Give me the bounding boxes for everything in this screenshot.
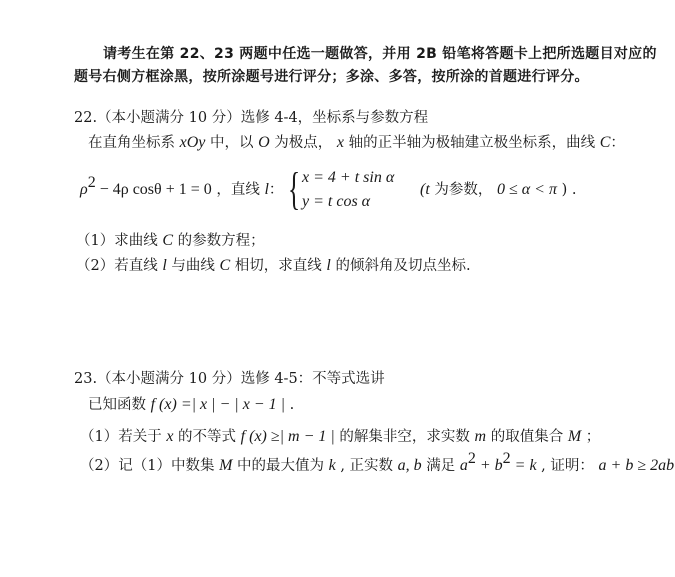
math-exponent: 2 — [88, 174, 96, 191]
text: （1）求曲线 — [76, 233, 162, 249]
instructions-line-2: 题号右侧方框涂黑，按所涂题号进行评分；多涂、多答，按所涂的首题进行评分。 — [74, 67, 589, 87]
text: ，直线 — [212, 182, 265, 198]
text: 中，以 — [205, 135, 258, 151]
math-O: O — [258, 134, 270, 151]
text: 已知函数 — [88, 397, 151, 413]
math-equals-k: = k — [511, 457, 537, 474]
math-m: m — [475, 428, 487, 445]
text: ) . — [557, 182, 576, 198]
math-M: M — [568, 428, 581, 445]
text: . — [285, 397, 294, 413]
math-C: C — [220, 257, 231, 274]
math-t: (t — [420, 181, 430, 198]
param-note: (t 为参数， 0 ≤ α < π ) . — [420, 180, 576, 200]
text: （2）记（1）中数集 — [80, 458, 219, 474]
text: 的不等式 — [173, 429, 240, 445]
q22-part-1: （1）求曲线 C 的参数方程； — [76, 231, 265, 251]
math-xoy: xOy — [180, 134, 206, 151]
text: 轴的正半轴为极轴建立极坐标系，曲线 — [344, 135, 600, 151]
param-row-1: x = 4 + t sin α — [302, 168, 394, 188]
text: , 证明： — [537, 458, 599, 474]
math-a: a — [460, 457, 468, 474]
math-exponent: 2 — [468, 450, 476, 467]
math-function: f (x) =| x | − | x − 1 | — [151, 396, 285, 413]
q22-stem: 在直角坐标系 xOy 中，以 O 为极点， x 轴的正半轴为极轴建立极坐标系，曲… — [88, 133, 625, 153]
q23-part-2: （2）记（1）中数集 M 中的最大值为 k , 正实数 a, b 满足 a2 +… — [80, 456, 675, 476]
text: （2）若直线 — [76, 258, 162, 274]
math-k: k — [329, 457, 336, 474]
q22-part-2: （2）若直线 l 与曲线 C 相切，求直线 l 的倾斜角及切点坐标. — [76, 256, 471, 276]
text: 与曲线 — [167, 258, 220, 274]
q23-header: 23.（本小题满分 10 分）选修 4-5：不等式选讲 — [74, 369, 385, 389]
math-inequality: f (x) ≥| m − 1 | — [241, 428, 335, 445]
text: 为参数， — [430, 182, 497, 198]
q22-header: 22.（本小题满分 10 分）选修 4-4，坐标系与参数方程 — [74, 108, 428, 128]
math-range: 0 ≤ α < π — [497, 181, 557, 198]
text: ： — [269, 182, 284, 198]
q23-stem: 已知函数 f (x) =| x | − | x − 1 | . — [88, 395, 294, 415]
q23-part-1: （1）若关于 x 的不等式 f (x) ≥| m − 1 | 的解集非空，求实数… — [80, 427, 600, 447]
text: 为极点， — [270, 135, 337, 151]
brace-icon: { — [288, 164, 300, 214]
text: 的倾斜角及切点坐标. — [331, 258, 471, 274]
instructions-line-1: 请考生在第 22、23 两题中任选一题做答，并用 2B 铅笔将答题卡上把所选题目… — [103, 44, 657, 64]
text: 的取值集合 — [486, 429, 568, 445]
math-x: x — [337, 134, 344, 151]
text: 满足 — [422, 458, 460, 474]
math-plus-b: + b — [476, 457, 503, 474]
text: ； — [581, 429, 600, 445]
text: 在直角坐标系 — [88, 135, 180, 151]
math-ab: a, b — [398, 457, 422, 474]
text: 相切，求直线 — [230, 258, 326, 274]
text: （1）若关于 — [80, 429, 166, 445]
text: 的解集非空，求实数 — [335, 429, 475, 445]
text: , 正实数 — [336, 458, 398, 474]
math-M: M — [219, 457, 232, 474]
math-C: C — [162, 232, 173, 249]
math-C: C — [600, 134, 611, 151]
text: 中的最大值为 — [232, 458, 328, 474]
math-curve: − 4ρ cosθ + 1 = 0 — [96, 181, 212, 198]
q22-curve-equation: ρ2 − 4ρ cosθ + 1 = 0 ，直线 l： — [80, 180, 283, 200]
param-row-2: y = t cos α — [302, 192, 370, 212]
math-rho: ρ — [80, 181, 88, 198]
text: ： — [610, 135, 625, 151]
text: 的参数方程； — [173, 233, 265, 249]
math-exponent: 2 — [503, 450, 511, 467]
math-proof-target: a + b ≥ 2ab — [599, 457, 675, 474]
